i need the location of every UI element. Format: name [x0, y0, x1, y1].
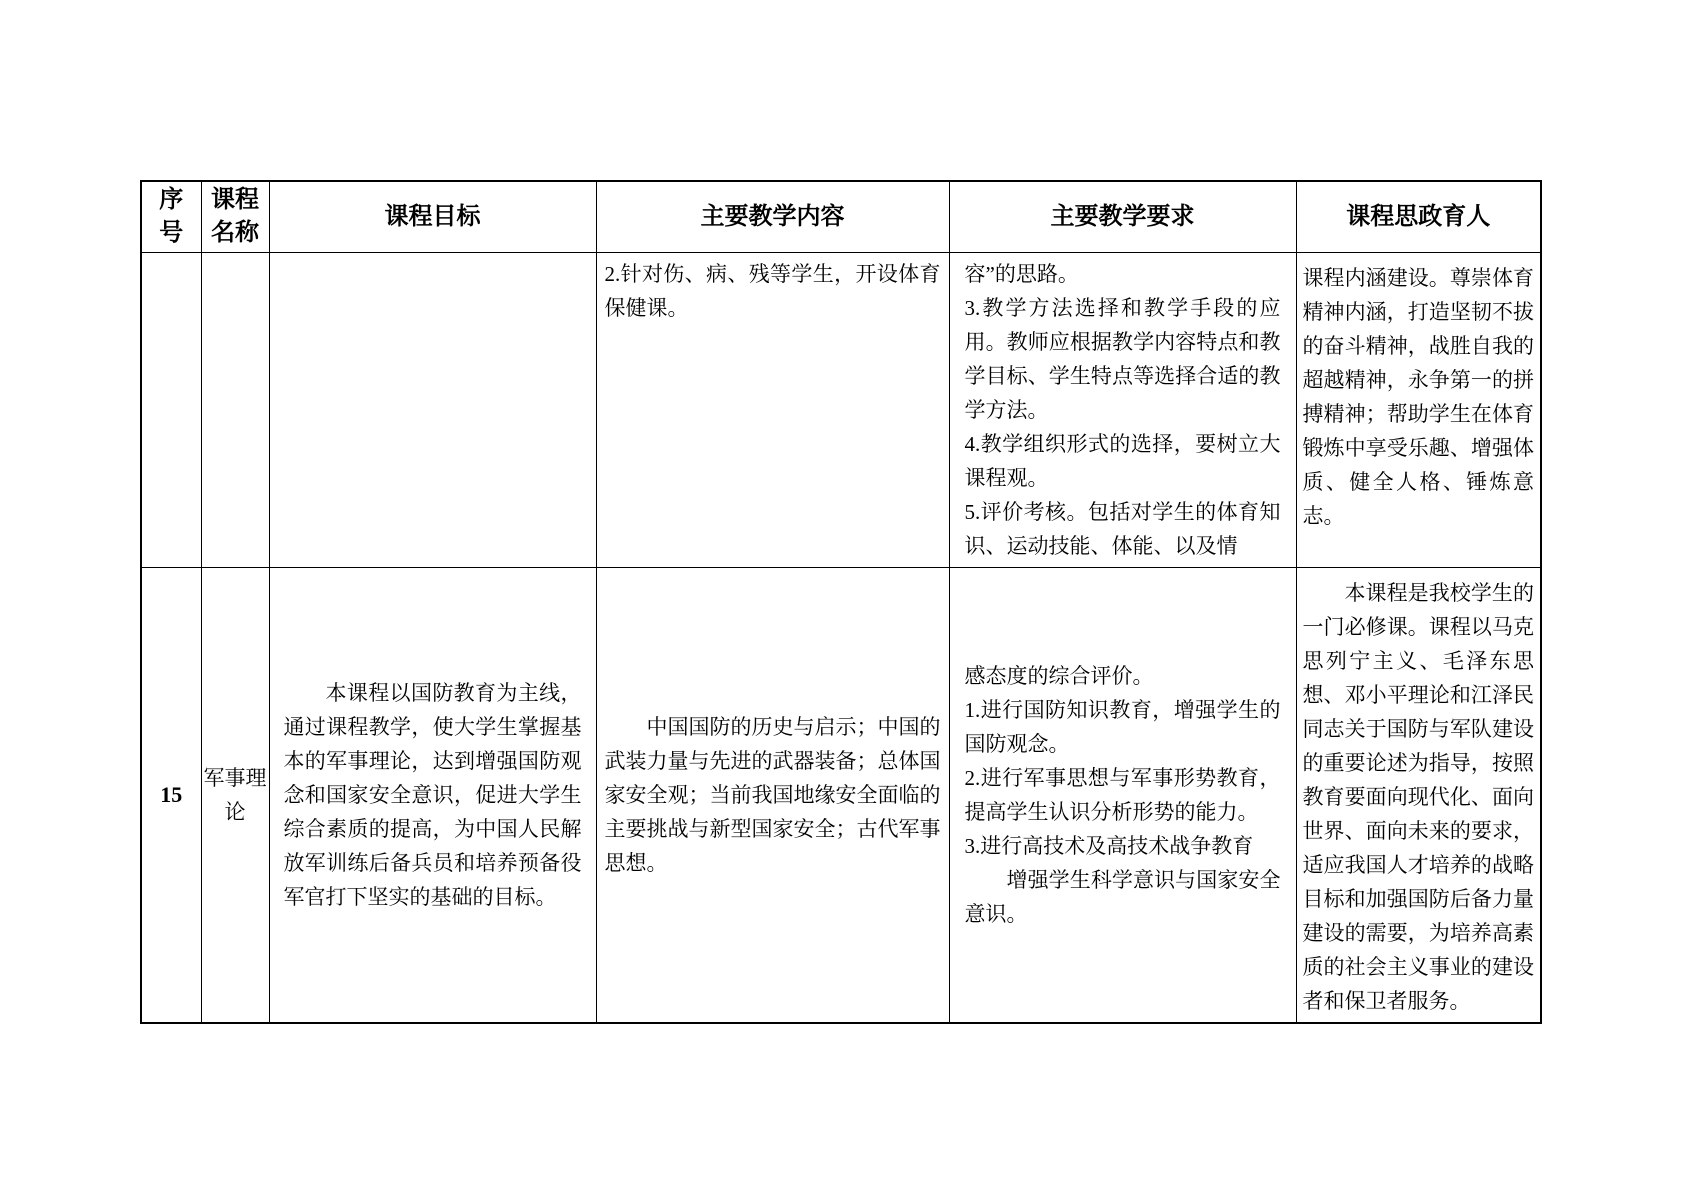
header-seq-no: 序号: [141, 181, 201, 253]
paragraph: 2.针对伤、病、残等学生，开设体育保健课。: [605, 257, 941, 325]
table-row-15: 15 军事理论 本课程以国防教育为主线，通过课程教学，使大学生掌握基本的军事理论…: [141, 568, 1541, 1024]
course-table: 序号 课程名称 课程目标 主要教学内容 主要教学要求 课程思政育人 2.针对伤、…: [140, 180, 1542, 1024]
paragraph: 1.进行国防知识教育，增强学生的国防观念。: [965, 693, 1281, 761]
course-name-value: 军事理论: [204, 766, 267, 824]
header-teaching-requirements: 主要教学要求: [949, 181, 1296, 253]
cell-ideology: 本课程是我校学生的一门必修课。课程以马克思列宁主义、毛泽东思想、邓小平理论和江泽…: [1296, 568, 1541, 1024]
paragraph: 本课程以国防教育为主线，通过课程教学，使大学生掌握基本的军事理论，达到增强国防观…: [284, 676, 582, 914]
header-course-name: 课程名称: [201, 181, 269, 253]
header-teaching-content: 主要教学内容: [596, 181, 949, 253]
paragraph: 本课程是我校学生的一门必修课。课程以马克思列宁主义、毛泽东思想、邓小平理论和江泽…: [1303, 576, 1535, 1018]
paragraph: 4.教学组织形式的选择，要树立大课程观。: [965, 427, 1281, 495]
empty-cell: [269, 253, 596, 568]
cell-teaching-content-continuation: 2.针对伤、病、残等学生，开设体育保健课。: [596, 253, 949, 568]
paragraph: 2.进行军事思想与军事形势教育，提高学生认识分析形势的能力。: [965, 761, 1281, 829]
cell-teaching-requirements-continuation: 容”的思路。 3.教学方法选择和教学手段的应用。教师应根据教学内容特点和教学目标…: [949, 253, 1296, 568]
paragraph: 增强学生科学意识与国家安全意识。: [965, 863, 1281, 931]
paragraph: 5.评价考核。包括对学生的体育知识、运动技能、体能、以及情: [965, 495, 1281, 563]
seq-no-value: 15: [160, 782, 182, 807]
empty-cell: [201, 253, 269, 568]
empty-cell: [141, 253, 201, 568]
document-page: 序号 课程名称 课程目标 主要教学内容 主要教学要求 课程思政育人 2.针对伤、…: [0, 0, 1684, 1191]
cell-teaching-content: 中国国防的历史与启示；中国的武装力量与先进的武器装备；总体国家安全观；当前我国地…: [596, 568, 949, 1024]
paragraph: 课程内涵建设。尊崇体育精神内涵，打造坚韧不拔的奋斗精神，战胜自我的超越精神，永争…: [1303, 261, 1535, 533]
paragraph: 容”的思路。: [965, 257, 1281, 291]
paragraph: 中国国防的历史与启示；中国的武装力量与先进的武器装备；总体国家安全观；当前我国地…: [605, 710, 941, 880]
header-course-objective: 课程目标: [269, 181, 596, 253]
paragraph: 3.教学方法选择和教学手段的应用。教师应根据教学内容特点和教学目标、学生特点等选…: [965, 291, 1281, 427]
cell-ideology-continuation: 课程内涵建设。尊崇体育精神内涵，打造坚韧不拔的奋斗精神，战胜自我的超越精神，永争…: [1296, 253, 1541, 568]
header-ideology-education: 课程思政育人: [1296, 181, 1541, 253]
table-row-continuation: 2.针对伤、病、残等学生，开设体育保健课。 容”的思路。 3.教学方法选择和教学…: [141, 253, 1541, 568]
table-header-row: 序号 课程名称 课程目标 主要教学内容 主要教学要求 课程思政育人: [141, 181, 1541, 253]
paragraph: 3.进行高技术及高技术战争教育: [965, 829, 1281, 863]
cell-teaching-requirements: 感态度的综合评价。 1.进行国防知识教育，增强学生的国防观念。 2.进行军事思想…: [949, 568, 1296, 1024]
cell-course-objective: 本课程以国防教育为主线，通过课程教学，使大学生掌握基本的军事理论，达到增强国防观…: [269, 568, 596, 1024]
cell-course-name: 军事理论: [201, 568, 269, 1024]
paragraph: 感态度的综合评价。: [965, 659, 1281, 693]
cell-seq-no: 15: [141, 568, 201, 1024]
